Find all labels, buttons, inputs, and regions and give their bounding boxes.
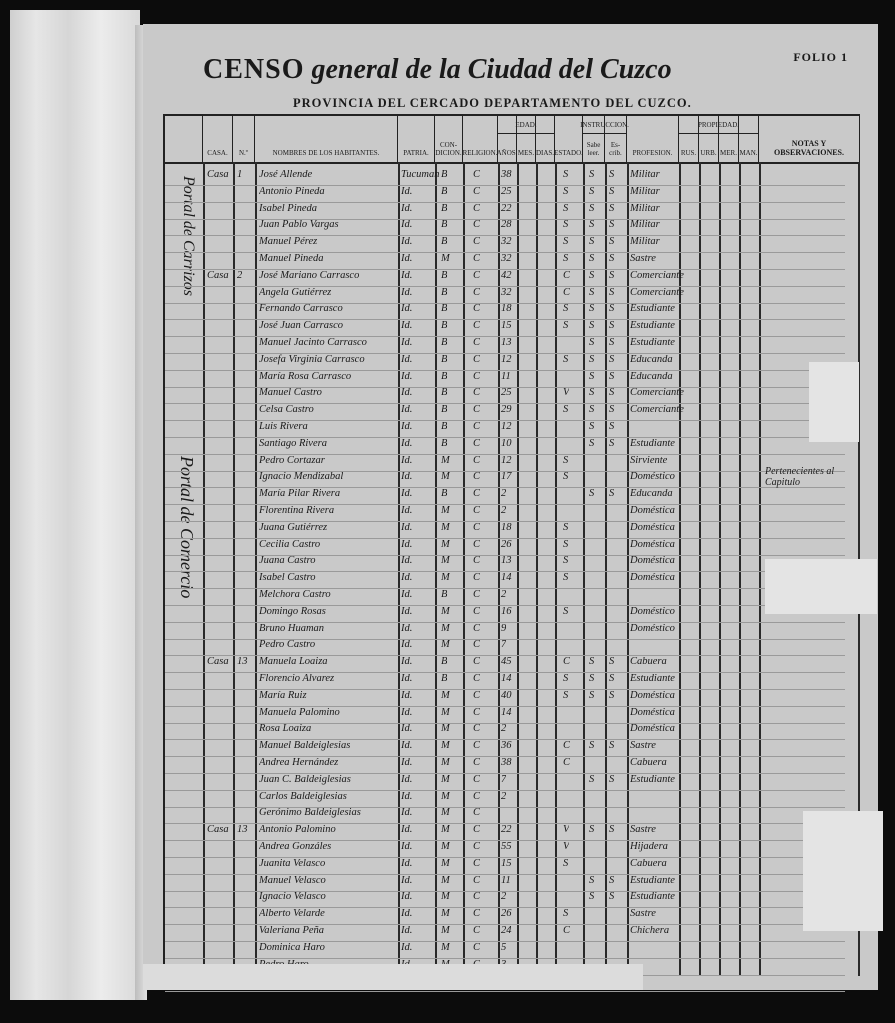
cell-rel: C — [473, 404, 480, 415]
cell-prof: Estudiante — [630, 303, 675, 314]
cell-rel: C — [473, 740, 480, 751]
cell-cond: M — [441, 824, 450, 835]
cell-prof: Cabuera — [630, 656, 667, 667]
cell-prof: Estudiante — [630, 891, 675, 902]
header-estado: ESTADO. — [555, 116, 583, 162]
cell-name: Cecilia Castro — [259, 539, 320, 550]
cell-patria: Id. — [401, 639, 412, 650]
cell-prof: Militar — [630, 169, 660, 180]
cell-escr: S — [609, 690, 614, 701]
cell-escr: S — [609, 337, 614, 348]
cell-estado: C — [563, 287, 570, 298]
cell-rel: C — [473, 320, 480, 331]
cell-estado: S — [563, 690, 568, 701]
cell-cond: M — [441, 858, 450, 869]
cell-estado: S — [563, 303, 568, 314]
binding-flap — [10, 10, 140, 1000]
cell-rel: C — [473, 639, 480, 650]
cell-patria: Id. — [401, 337, 412, 348]
cell-age: 25 — [501, 387, 512, 398]
cell-leer: S — [589, 690, 594, 701]
cell-prof: Educanda — [630, 371, 673, 382]
cell-rel: C — [473, 203, 480, 214]
cell-leer: S — [589, 219, 594, 230]
header-nombres: NOMBRES DE LOS HABITANTES. — [255, 116, 398, 162]
cell-age: 15 — [501, 858, 512, 869]
cell-age: 32 — [501, 236, 512, 247]
cell-cond: M — [441, 707, 450, 718]
cell-leer: S — [589, 253, 594, 264]
cell-name: Juan C. Baldeiglesias — [259, 774, 351, 785]
cell-cond: B — [441, 421, 447, 432]
cell-prof: Militar — [630, 186, 660, 197]
cell-escr: S — [609, 891, 614, 902]
cell-cond: M — [441, 875, 450, 886]
cell-leer: S — [589, 320, 594, 331]
cell-casa: Casa — [207, 270, 229, 281]
cell-estado: S — [563, 539, 568, 550]
cell-prof: Militar — [630, 203, 660, 214]
cell-rel: C — [473, 555, 480, 566]
cell-cond: M — [441, 942, 450, 953]
header-sabe-leer: Sabe leer. — [583, 116, 605, 162]
cell-age: 2 — [501, 488, 506, 499]
cell-patria: Id. — [401, 555, 412, 566]
cell-estado: C — [563, 757, 570, 768]
folio-number: 1 — [841, 50, 848, 64]
header-escribir: Es-crib. — [605, 116, 627, 162]
cell-prof: Cabuera — [630, 858, 667, 869]
cell-patria: Id. — [401, 589, 412, 600]
cell-num: 2 — [237, 270, 242, 281]
cell-num: 13 — [237, 824, 248, 835]
cell-name: Manuela Palomino — [259, 707, 340, 718]
cell-patria: Id. — [401, 824, 412, 835]
cell-age: 2 — [501, 589, 506, 600]
cell-escr: S — [609, 404, 614, 415]
cell-patria: Id. — [401, 471, 412, 482]
cell-age: 12 — [501, 354, 512, 365]
cell-rel: C — [473, 572, 480, 583]
header-meses: MES. — [517, 116, 536, 162]
cell-age: 32 — [501, 287, 512, 298]
cell-rel: C — [473, 606, 480, 617]
cell-estado: S — [563, 219, 568, 230]
cell-patria: Id. — [401, 320, 412, 331]
cell-escr: S — [609, 673, 614, 684]
cell-leer: S — [589, 270, 594, 281]
cell-patria: Id. — [401, 908, 412, 919]
cell-age: 18 — [501, 522, 512, 533]
cell-prof: Doméstica — [630, 539, 675, 550]
cell-name: Pedro Castro — [259, 639, 315, 650]
cell-age: 13 — [501, 555, 512, 566]
cell-prof: Sastre — [630, 824, 656, 835]
cell-estado: S — [563, 203, 568, 214]
cell-name: José Mariano Carrasco — [259, 270, 359, 281]
cell-escr: S — [609, 354, 614, 365]
title-rest: general de la Ciudad del Cuzco — [311, 54, 671, 85]
cell-rel: C — [473, 539, 480, 550]
cell-rel: C — [473, 303, 480, 314]
cell-name: Manuela Loaiza — [259, 656, 328, 667]
cell-name: Juana Gutiérrez — [259, 522, 327, 533]
cell-prof: Comerciante — [630, 287, 684, 298]
cell-patria: Id. — [401, 774, 412, 785]
cell-age: 12 — [501, 455, 512, 466]
cell-patria: Id. — [401, 219, 412, 230]
cell-leer: S — [589, 387, 594, 398]
cell-leer: S — [589, 656, 594, 667]
cell-leer: S — [589, 488, 594, 499]
cell-prof: Doméstica — [630, 707, 675, 718]
cell-prof: Doméstica — [630, 690, 675, 701]
cell-estado: S — [563, 236, 568, 247]
cell-estado: C — [563, 270, 570, 281]
cell-escr: S — [609, 169, 614, 180]
cell-rel: C — [473, 421, 480, 432]
cell-name: Isabel Pineda — [259, 203, 317, 214]
cell-cond: M — [441, 522, 450, 533]
cell-prof: Sastre — [630, 740, 656, 751]
cell-escr: S — [609, 488, 614, 499]
cell-escr: S — [609, 421, 614, 432]
cell-name: Manuel Castro — [259, 387, 322, 398]
cell-cond: M — [441, 623, 450, 634]
cell-patria: Id. — [401, 253, 412, 264]
cell-patria: Id. — [401, 455, 412, 466]
cell-rel: C — [473, 942, 480, 953]
cell-prof: Doméstica — [630, 505, 675, 516]
cell-cond: M — [441, 841, 450, 852]
cell-age: 2 — [501, 723, 506, 734]
cell-prof: Estudiante — [630, 337, 675, 348]
cell-escr: S — [609, 186, 614, 197]
cell-name: Andrea Gonzáles — [259, 841, 331, 852]
header-numero: N.º — [233, 116, 255, 162]
cell-escr: S — [609, 303, 614, 314]
cell-prof: Sastre — [630, 908, 656, 919]
cell-escr: S — [609, 875, 614, 886]
cell-age: 26 — [501, 908, 512, 919]
cell-rel: C — [473, 505, 480, 516]
cell-age: 17 — [501, 471, 512, 482]
cell-prof: Educanda — [630, 354, 673, 365]
cell-rel: C — [473, 471, 480, 482]
cell-name: Alberto Velarde — [259, 908, 325, 919]
cell-escr: S — [609, 387, 614, 398]
cell-name: Josefa Virginia Carrasco — [259, 354, 365, 365]
cell-name: Juanita Velasco — [259, 858, 325, 869]
cell-patria: Tucuman — [401, 169, 440, 180]
cell-cond: B — [441, 320, 447, 331]
cell-name: Melchora Castro — [259, 589, 331, 600]
cell-estado: V — [563, 841, 569, 852]
cell-patria: Id. — [401, 354, 412, 365]
cell-prof: Estudiante — [630, 875, 675, 886]
cell-leer: S — [589, 186, 594, 197]
cell-age: 9 — [501, 623, 506, 634]
cell-cond: M — [441, 807, 450, 818]
cell-prof: Estudiante — [630, 320, 675, 331]
header-dias: DIAS. — [536, 116, 555, 162]
cell-cond: M — [441, 723, 450, 734]
cell-age: 26 — [501, 539, 512, 550]
cell-age: 16 — [501, 606, 512, 617]
cell-name: Domingo Rosas — [259, 606, 326, 617]
cell-patria: Id. — [401, 572, 412, 583]
cell-estado: S — [563, 320, 568, 331]
cell-patria: Id. — [401, 371, 412, 382]
cell-age: 18 — [501, 303, 512, 314]
cell-estado: S — [563, 858, 568, 869]
header-patria: PATRIA. — [398, 116, 435, 162]
cell-patria: Id. — [401, 891, 412, 902]
cell-estado: S — [563, 455, 568, 466]
cell-prof: Doméstica — [630, 555, 675, 566]
cell-rel: C — [473, 824, 480, 835]
cell-age: 7 — [501, 639, 506, 650]
cell-name: Carlos Baldeiglesias — [259, 791, 347, 802]
cell-cond: M — [441, 455, 450, 466]
cell-cond: B — [441, 438, 447, 449]
cell-age: 14 — [501, 572, 512, 583]
cell-age: 11 — [501, 371, 511, 382]
cell-name: Angela Gutiérrez — [259, 287, 331, 298]
header-condicion: CON-DICION. — [435, 116, 463, 162]
cell-age: 25 — [501, 186, 512, 197]
cell-rel: C — [473, 522, 480, 533]
cell-leer: S — [589, 203, 594, 214]
census-table: CASA. N.º NOMBRES DE LOS HABITANTES. PAT… — [163, 114, 860, 976]
cell-leer: S — [589, 169, 594, 180]
cell-cond: M — [441, 253, 450, 264]
header-divider — [165, 162, 860, 164]
cell-estado: C — [563, 656, 570, 667]
cell-rel: C — [473, 186, 480, 197]
cell-patria: Id. — [401, 203, 412, 214]
cell-patria: Id. — [401, 942, 412, 953]
cell-prof: Estudiante — [630, 673, 675, 684]
cell-cond: M — [441, 925, 450, 936]
cell-name: Ignacio Mendizabal — [259, 471, 343, 482]
cell-name: María Ruiz — [259, 690, 307, 701]
cell-name: Antonio Palomino — [259, 824, 336, 835]
cell-estado: S — [563, 471, 568, 482]
cell-age: 32 — [501, 253, 512, 264]
cell-name: José Allende — [259, 169, 312, 180]
cell-name: Bruno Huaman — [259, 623, 324, 634]
cell-name: Luis Rivera — [259, 421, 308, 432]
cell-escr: S — [609, 740, 614, 751]
cell-name: Rosa Loaiza — [259, 723, 311, 734]
cell-rel: C — [473, 488, 480, 499]
cell-name: María Pilar Rivera — [259, 488, 340, 499]
cell-prof: Comerciante — [630, 404, 684, 415]
cell-age: 14 — [501, 707, 512, 718]
cell-cond: M — [441, 572, 450, 583]
header-notas: NOTAS Y OBSERVACIONES. — [759, 116, 860, 162]
cell-name: José Juan Carrasco — [259, 320, 343, 331]
cell-age: 13 — [501, 337, 512, 348]
cell-escr: S — [609, 287, 614, 298]
cell-cond: M — [441, 740, 450, 751]
cell-cond: B — [441, 404, 447, 415]
cell-name: Manuel Velasco — [259, 875, 326, 886]
cell-leer: S — [589, 236, 594, 247]
cell-num: 1 — [237, 169, 242, 180]
cell-leer: S — [589, 303, 594, 314]
cell-cond: M — [441, 774, 450, 785]
cell-rel: C — [473, 673, 480, 684]
cell-rel: C — [473, 723, 480, 734]
cell-rel: C — [473, 707, 480, 718]
cell-cond: B — [441, 169, 447, 180]
cell-cond: M — [441, 908, 450, 919]
cell-patria: Id. — [401, 404, 412, 415]
page-title: CENSO general de la Ciudad del Cuzco — [203, 54, 672, 86]
cell-age: 36 — [501, 740, 512, 751]
cell-rel: C — [473, 875, 480, 886]
cell-rel: C — [473, 387, 480, 398]
cell-leer: S — [589, 354, 594, 365]
cell-cond: B — [441, 354, 447, 365]
cell-rel: C — [473, 690, 480, 701]
cell-prof: Sirviente — [630, 455, 667, 466]
cell-name: Juan Pablo Vargas — [259, 219, 339, 230]
cell-rel: C — [473, 337, 480, 348]
cell-prof: Estudiante — [630, 438, 675, 449]
cell-patria: Id. — [401, 656, 412, 667]
cell-cond: B — [441, 219, 447, 230]
cell-escr: S — [609, 656, 614, 667]
cell-patria: Id. — [401, 791, 412, 802]
cell-patria: Id. — [401, 875, 412, 886]
cell-leer: S — [589, 438, 594, 449]
cell-cond: M — [441, 606, 450, 617]
header-profesion: PROFESION. — [627, 116, 679, 162]
cell-estado: S — [563, 673, 568, 684]
header-street — [165, 116, 203, 162]
cell-prof: Educanda — [630, 488, 673, 499]
cell-leer: S — [589, 337, 594, 348]
cell-patria: Id. — [401, 723, 412, 734]
cell-patria: Id. — [401, 623, 412, 634]
cell-rel: C — [473, 623, 480, 634]
cell-estado: S — [563, 572, 568, 583]
cell-leer: S — [589, 875, 594, 886]
cell-patria: Id. — [401, 606, 412, 617]
cell-escr: S — [609, 253, 614, 264]
cell-leer: S — [589, 740, 594, 751]
folio-label: FOLIO 1 — [793, 50, 848, 65]
cell-name: Antonio Pineda — [259, 186, 325, 197]
cell-name: Manuel Jacinto Carrasco — [259, 337, 367, 348]
cell-rel: C — [473, 656, 480, 667]
cell-prof: Doméstica — [630, 723, 675, 734]
cell-rel: C — [473, 455, 480, 466]
cell-prof: Hijadera — [630, 841, 668, 852]
cell-age: 40 — [501, 690, 512, 701]
folio-text: FOLIO — [793, 50, 837, 64]
cell-prof: Militar — [630, 236, 660, 247]
cell-age: 2 — [501, 791, 506, 802]
cell-name: Valeriana Peña — [259, 925, 324, 936]
cell-cond: M — [441, 639, 450, 650]
cell-rel: C — [473, 757, 480, 768]
cell-age: 5 — [501, 942, 506, 953]
page-subtitle: PROVINCIA DEL CERCADO DEPARTAMENTO DEL C… — [293, 96, 692, 111]
cell-name: Florencio Alvarez — [259, 673, 334, 684]
cell-leer: S — [589, 371, 594, 382]
header-rus: RUS. — [679, 116, 699, 162]
cell-rel: C — [473, 287, 480, 298]
cell-cond: B — [441, 236, 447, 247]
cell-estado: S — [563, 169, 568, 180]
cell-name: Gerónimo Baldeiglesias — [259, 807, 361, 818]
cell-escr: S — [609, 270, 614, 281]
cell-age: 24 — [501, 925, 512, 936]
cell-cond: M — [441, 757, 450, 768]
cell-rel: C — [473, 169, 480, 180]
cell-name: Fernando Carrasco — [259, 303, 343, 314]
cell-escr: S — [609, 320, 614, 331]
cell-estado: C — [563, 740, 570, 751]
observation-note: Pertenecientes al Capitulo — [765, 466, 860, 488]
cell-cond: B — [441, 589, 447, 600]
cell-name: Andrea Hernández — [259, 757, 338, 768]
cell-rel: C — [473, 354, 480, 365]
cell-rel: C — [473, 589, 480, 600]
cell-prof: Comerciante — [630, 387, 684, 398]
cell-rel: C — [473, 438, 480, 449]
header-religion: RELIGION. — [463, 116, 498, 162]
cell-name: Santiago Rivera — [259, 438, 327, 449]
cell-rel: C — [473, 858, 480, 869]
cell-estado: V — [563, 387, 569, 398]
cell-cond: B — [441, 303, 447, 314]
cell-cond: M — [441, 555, 450, 566]
cell-estado: S — [563, 253, 568, 264]
cell-patria: Id. — [401, 673, 412, 684]
cell-prof: Cabuera — [630, 757, 667, 768]
cell-patria: Id. — [401, 438, 412, 449]
cell-cond: M — [441, 471, 450, 482]
cell-cond: B — [441, 337, 447, 348]
cell-name: Celsa Castro — [259, 404, 314, 415]
cell-estado: S — [563, 908, 568, 919]
cell-estado: S — [563, 555, 568, 566]
cell-age: 10 — [501, 438, 512, 449]
cell-cond: B — [441, 186, 447, 197]
cell-name: Dominica Haro — [259, 942, 325, 953]
cell-cond: M — [441, 539, 450, 550]
cell-name: Manuel Pérez — [259, 236, 317, 247]
cell-patria: Id. — [401, 270, 412, 281]
cell-leer: S — [589, 404, 594, 415]
cell-cond: B — [441, 673, 447, 684]
cell-cond: B — [441, 656, 447, 667]
cell-age: 38 — [501, 757, 512, 768]
cell-age: 38 — [501, 169, 512, 180]
cell-age: 22 — [501, 824, 512, 835]
cell-patria: Id. — [401, 841, 412, 852]
cell-name: Ignacio Velasco — [259, 891, 326, 902]
cell-prof: Doméstico — [630, 471, 675, 482]
paper-patch — [809, 362, 859, 442]
cell-rel: C — [473, 774, 480, 785]
cell-cond: B — [441, 371, 447, 382]
